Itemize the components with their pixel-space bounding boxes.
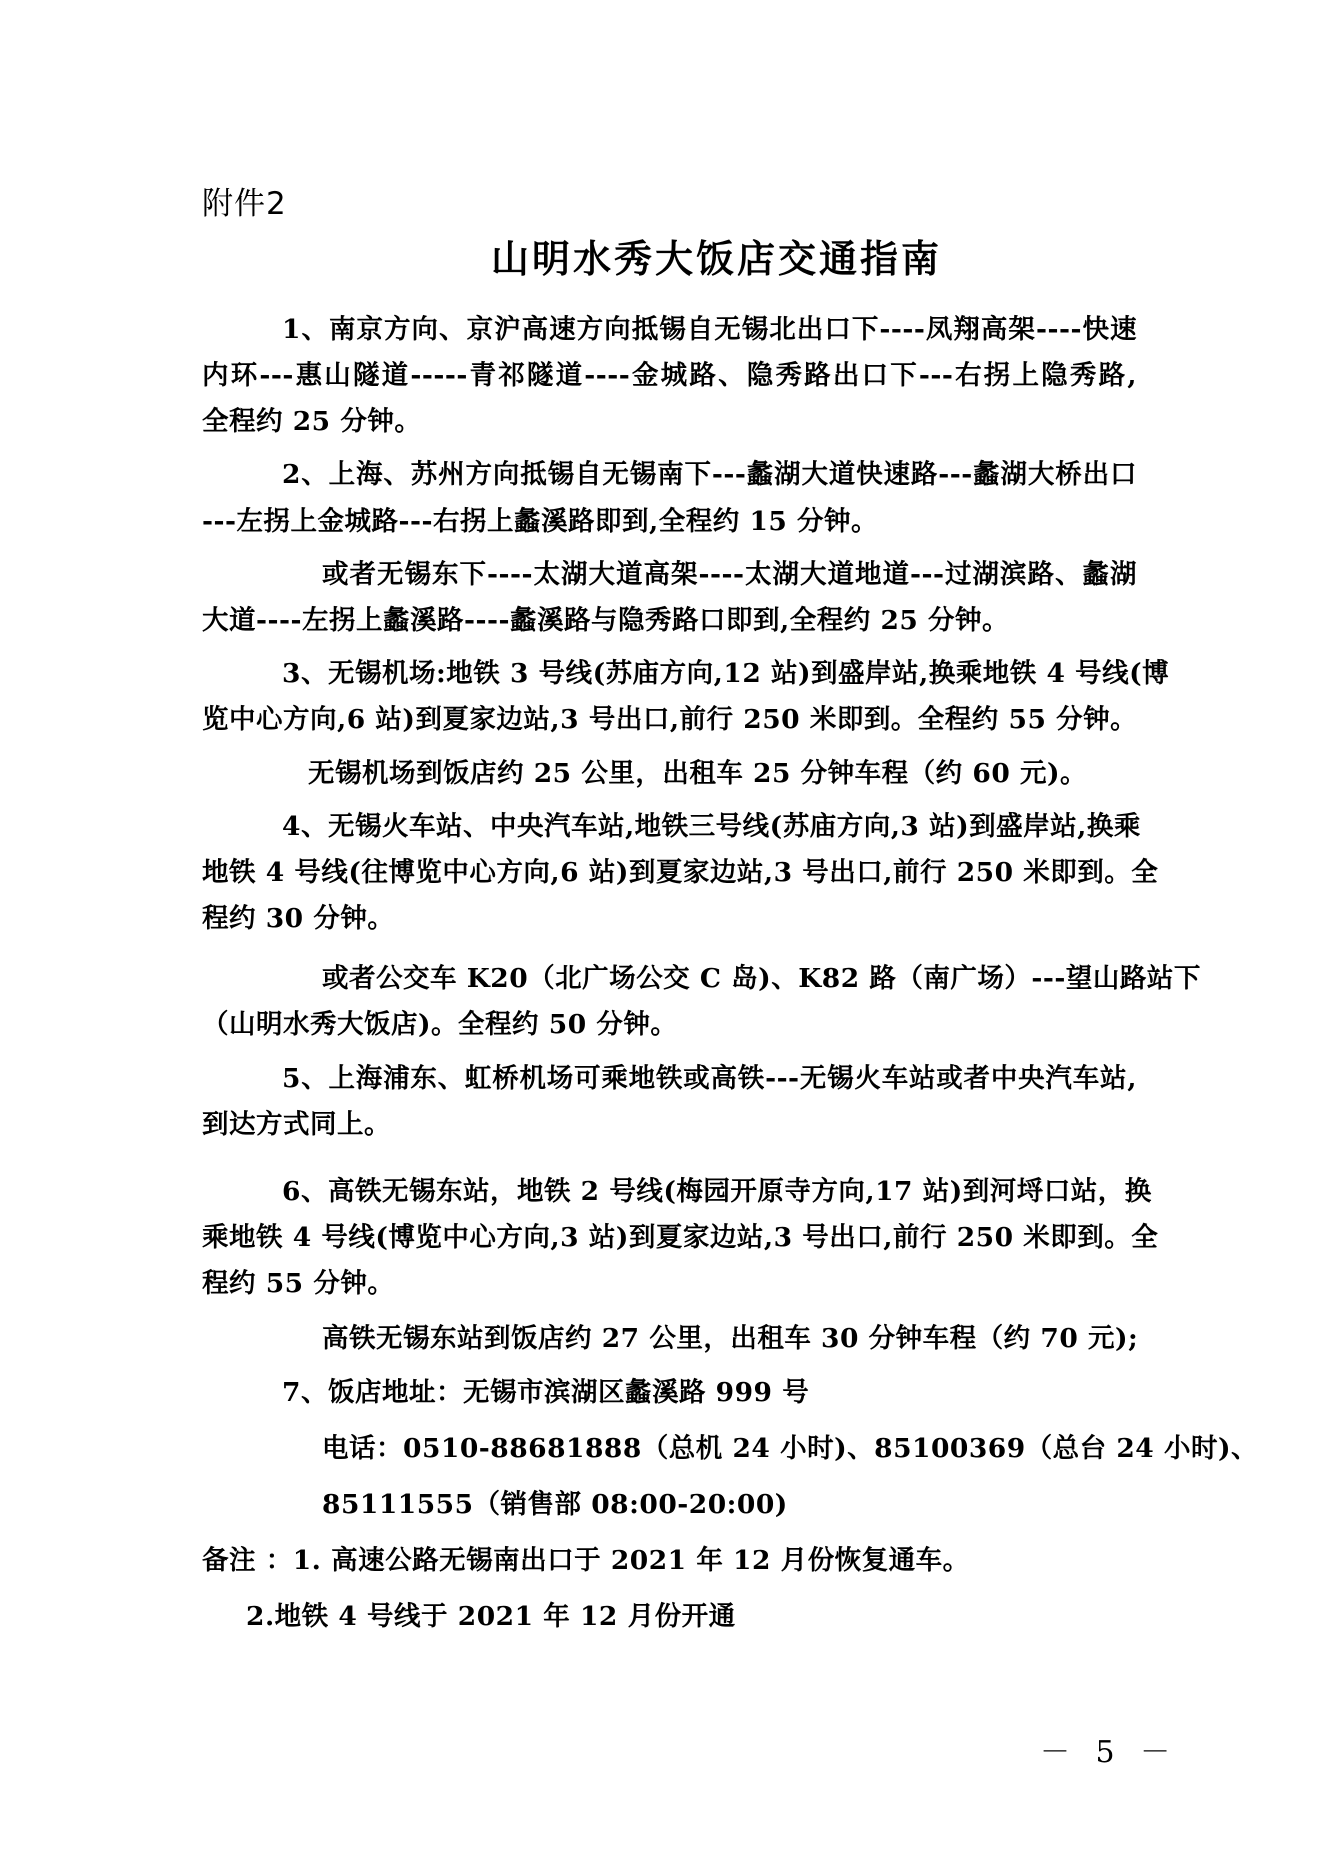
section-4b-line-1: 或者公交车 K20（北广场公交 C 岛)、K82 路（南广场）---望山路站下 (322, 962, 1137, 996)
section-6-line-1: 6、高铁无锡东站，地铁 2 号线(梅园开原寺方向,17 站)到河埒口站，换 (282, 1175, 1137, 1209)
section-2b-line-1: 或者无锡东下----太湖大道高架----太湖大道地道---过湖滨路、蠡湖 (322, 558, 1137, 592)
section-6b-line-1: 高铁无锡东站到饭店约 27 公里，出租车 30 分钟车程（约 70 元); (322, 1322, 1137, 1356)
section-5-line-1: 5、上海浦东、虹桥机场可乘地铁或高铁---无锡火车站或者中央汽车站, (282, 1062, 1137, 1096)
section-1-line-2: 内环---惠山隧道-----青祁隧道----金城路、隐秀路出口下---右拐上隐秀… (202, 359, 1137, 393)
section-6-line-2: 乘地铁 4 号线(博览中心方向,3 站)到夏家边站,3 号出口,前行 250 米… (202, 1221, 1137, 1255)
hotel-address: 7、饭店地址：无锡市滨湖区蠡溪路 999 号 (282, 1376, 1137, 1410)
section-4b-line-2: （山明水秀大饭店)。全程约 50 分钟。 (202, 1008, 1137, 1042)
section-4-line-3: 程约 30 分钟。 (202, 902, 1137, 936)
section-5-line-2: 到达方式同上。 (202, 1108, 1137, 1142)
section-2-line-2: ---左拐上金城路---右拐上蠡溪路即到,全程约 15 分钟。 (202, 505, 1137, 539)
page-number: － 5 － (1040, 1727, 1178, 1771)
phone-numbers-line-1: 电话：0510-88681888（总机 24 小时)、85100369（总台 2… (322, 1432, 1137, 1466)
note-2: 2.地铁 4 号线于 2021 年 12 月份开通 (246, 1600, 1181, 1634)
document-title: 山明水秀大饭店交通指南 (0, 228, 1323, 283)
section-4-line-2: 地铁 4 号线(往博览中心方向,6 站)到夏家边站,3 号出口,前行 250 米… (202, 856, 1137, 890)
section-3b-line-1: 无锡机场到饭店约 25 公里，出租车 25 分钟车程（约 60 元)。 (308, 757, 1137, 791)
section-6-line-3: 程约 55 分钟。 (202, 1267, 1137, 1301)
phone-numbers-line-2: 85111555（销售部 08:00-20:00) (322, 1488, 1137, 1522)
attachment-label: 附件2 (202, 178, 287, 223)
section-2-line-1: 2、上海、苏州方向抵锡自无锡南下---蠡湖大道快速路---蠡湖大桥出口 (282, 458, 1137, 492)
section-4-line-1: 4、无锡火车站、中央汽车站,地铁三号线(苏庙方向,3 站)到盛岸站,换乘 (282, 810, 1137, 844)
section-3-line-2: 览中心方向,6 站)到夏家边站,3 号出口,前行 250 米即到。全程约 55 … (202, 703, 1137, 737)
document-page: 附件2 山明水秀大饭店交通指南 1、南京方向、京沪高速方向抵锡自无锡北出口下--… (0, 0, 1323, 1871)
section-2b-line-2: 大道----左拐上蠡溪路----蠡溪路与隐秀路口即到,全程约 25 分钟。 (202, 604, 1137, 638)
section-3-line-1: 3、无锡机场:地铁 3 号线(苏庙方向,12 站)到盛岸站,换乘地铁 4 号线(… (282, 657, 1137, 691)
note-1: 备注 ：1. 高速公路无锡南出口于 2021 年 12 月份恢复通车。 (202, 1544, 1137, 1578)
section-1-line-3: 全程约 25 分钟。 (202, 405, 1137, 439)
section-1-line-1: 1、南京方向、京沪高速方向抵锡自无锡北出口下----凤翔高架----快速 (282, 313, 1137, 347)
